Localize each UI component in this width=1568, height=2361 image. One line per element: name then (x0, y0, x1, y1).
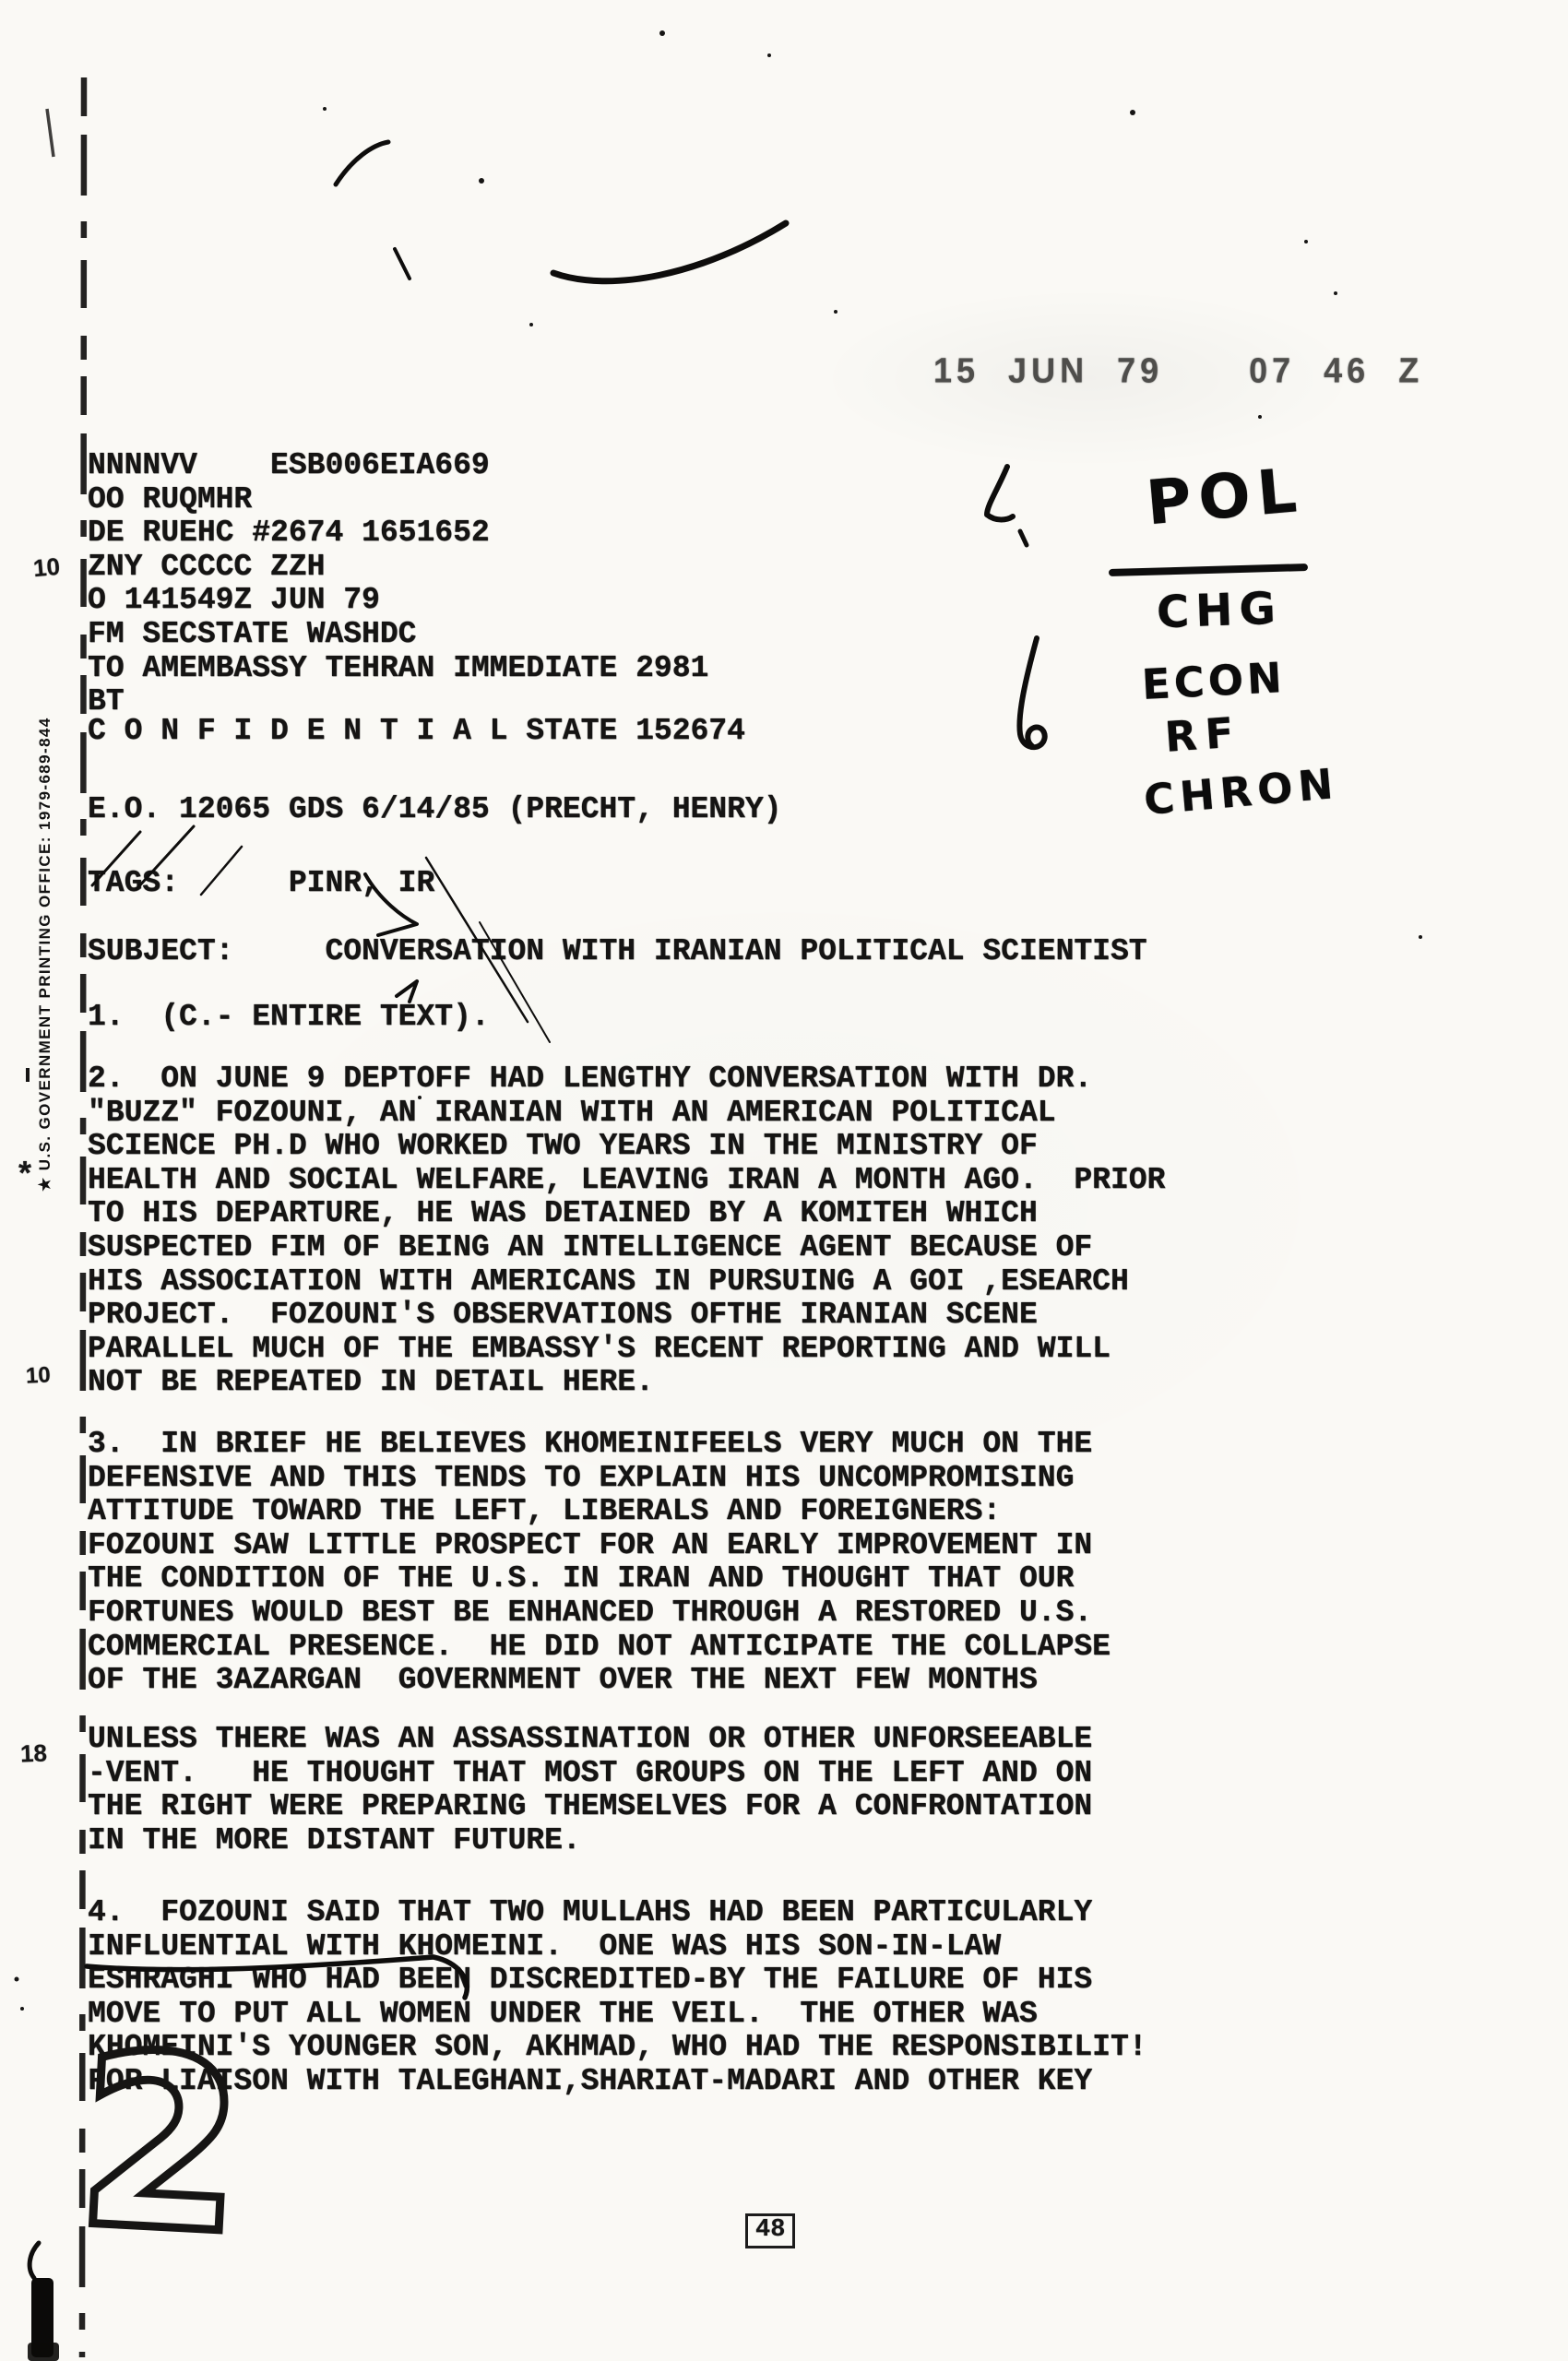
eo-gds-line: E.O. 12065 GDS 6/14/85 (PRECHT, HENRY) (88, 793, 782, 827)
paragraph-1: 1. (C.- ENTIRE TEXT). (88, 1001, 490, 1035)
handwritten-routing-chron: CHRON (1142, 759, 1340, 825)
paragraph-3: 3. IN BRIEF HE BELIEVES KHOMEINIFEELS VE… (88, 1428, 1111, 1698)
handwritten-routing-econ: ECON (1141, 653, 1287, 709)
paragraph-2: 2. ON JUNE 9 DEPTOFF HAD LENGTHY CONVERS… (88, 1062, 1165, 1400)
scan-edge-blob (28, 2278, 59, 2361)
classification-line: C O N F I D E N T I A L STATE 152674 (88, 715, 745, 749)
handwritten-routing-rf: RF (1163, 707, 1243, 762)
margin-mark-10-middle: 10 (25, 1364, 51, 1387)
margin-asterisk-mark: * (18, 1157, 31, 1190)
tags-line: TAGS: PINR, IR (88, 867, 434, 901)
paragraph-4: 4. FOZOUNI SAID THAT TWO MULLAHS HAD BEE… (88, 1896, 1147, 2099)
margin-mark-18: 18 (20, 1741, 48, 1766)
handwritten-routing-pol: POL (1144, 455, 1307, 540)
subject-line: SUBJECT: CONVERSATION WITH IRANIAN POLIT… (88, 935, 1147, 969)
paragraph-3-continued: UNLESS THERE WAS AN ASSASSINATION OR OTH… (88, 1723, 1092, 1857)
handwritten-pol-underline (1109, 564, 1308, 576)
page-number: 48 (745, 2213, 795, 2248)
gpo-print-imprint: ★ U.S. GOVERNMENT PRINTING OFFICE: 1979-… (37, 627, 53, 1192)
left-margin-rule (47, 77, 84, 2357)
scanned-cable-page: 15 JUN 79 07 46 Z NNNNVV ESB006EIA669 OO… (0, 0, 1568, 2361)
received-date-stamp: 15 JUN 79 07 46 Z (933, 353, 1423, 388)
cable-routing-header: NNNNVV ESB006EIA669 OO RUQMHR DE RUEHC #… (88, 449, 708, 719)
handwritten-routing-chg: CHG (1156, 583, 1283, 639)
margin-mark-10-top: 10 (32, 554, 61, 580)
